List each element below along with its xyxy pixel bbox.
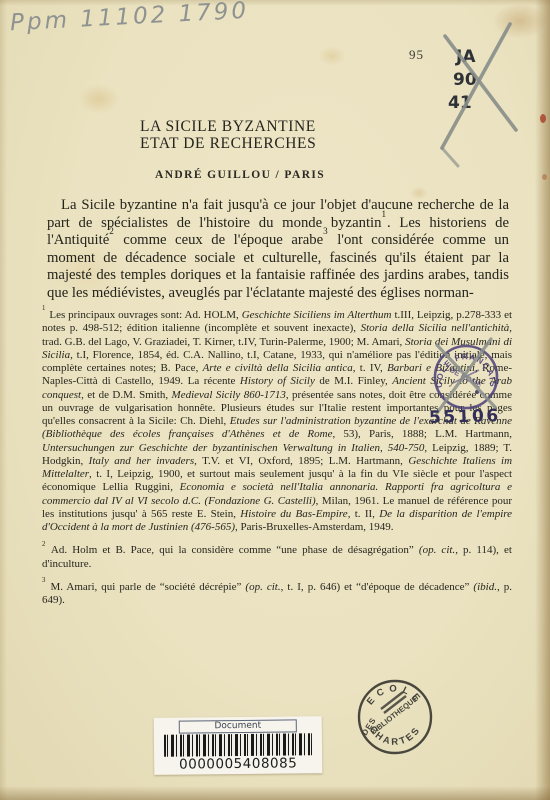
paper-stain <box>494 4 546 38</box>
shelfmark-line: 41 <box>448 92 477 115</box>
barcode-sticker: Document 0000005408085 <box>154 716 323 775</box>
page-edge-left <box>0 0 7 800</box>
article-author: ANDRÉ GUILLOU / PARIS <box>155 169 325 181</box>
page-edge-right <box>535 0 550 800</box>
footnote-3: 3 M. Amari, qui parle de “société décrép… <box>42 581 512 608</box>
handwritten-inventory-number: 55106 <box>429 406 501 428</box>
pencil-cross-out-icon <box>428 18 528 170</box>
barcode-number: 0000005408085 <box>154 755 322 774</box>
barcode-label-text: Document <box>179 719 297 733</box>
page-edge-bottom <box>0 786 550 800</box>
scanned-page: Ppm 11102 1790 95 JA 90 41 LA SICILE BYZ… <box>0 0 550 800</box>
article-title: LA SICILE BYZANTINEETAT DE RECHERCHES <box>140 119 316 152</box>
ecole-francaise-de-rome-stamp-icon: ECOLE FRANÇAISE DE ROME <box>429 337 503 417</box>
shelfmark-line: 90 <box>453 69 477 92</box>
handwritten-shelfmark: JA 90 41 <box>456 46 477 115</box>
paper-stain <box>78 84 120 114</box>
pencil-accession-number: Ppm 11102 1790 <box>9 0 249 36</box>
paper-speck <box>540 114 546 123</box>
paper-speck <box>542 174 547 180</box>
page-edge-top <box>0 0 550 6</box>
title-line-1: LA SICILE BYZANTINE <box>140 118 316 135</box>
page-number: 95 <box>409 47 424 63</box>
paper-stain <box>318 46 346 66</box>
footnote-2: 2 Ad. Holm et B. Pace, qui la considère … <box>42 544 512 571</box>
shelfmark-line: JA <box>456 46 477 69</box>
ecole-des-chartes-stamp-icon: ECOLE DES CHARTES BIBLIOTHEQUE <box>351 673 439 761</box>
barcode-icon <box>164 733 312 757</box>
body-paragraph: La Sicile byzantine n'a fait jusqu'à ce … <box>47 197 509 303</box>
title-line-2: ETAT DE RECHERCHES <box>140 135 316 152</box>
